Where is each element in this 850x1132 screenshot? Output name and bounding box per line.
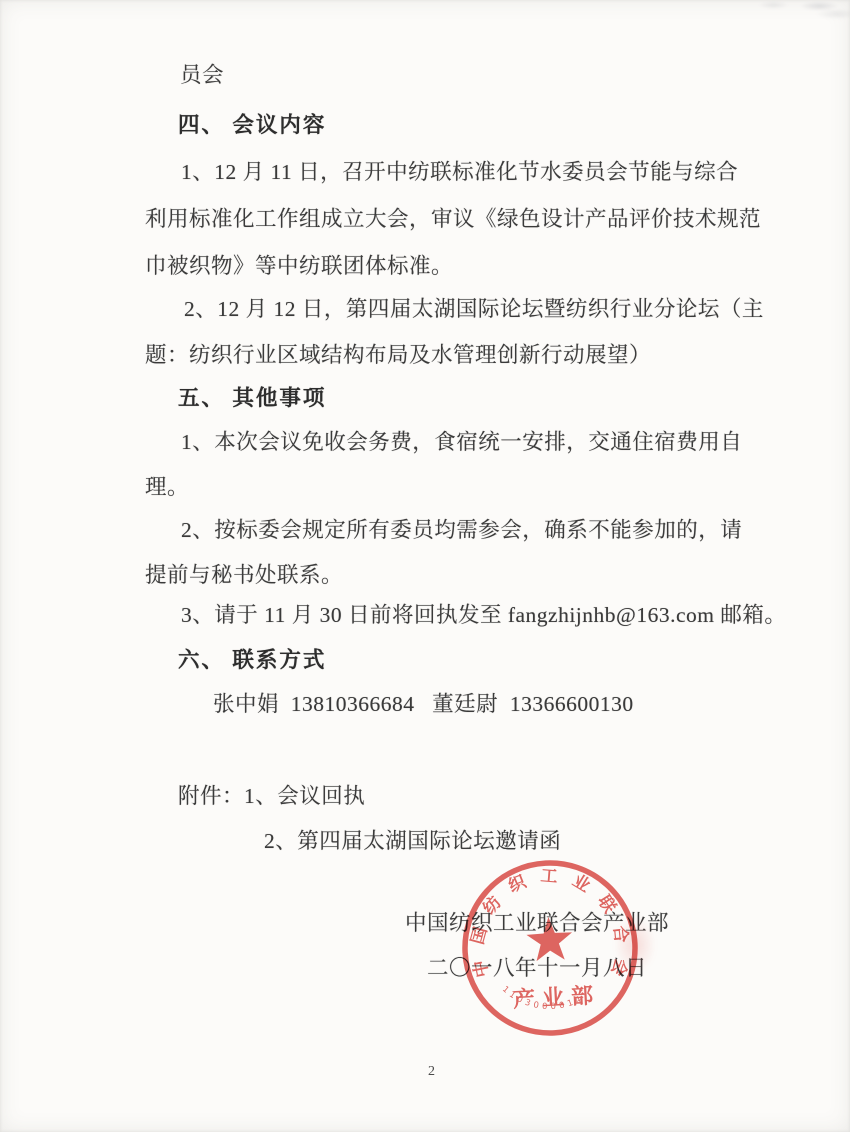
attachment-line-2: 2、第四届太湖国际论坛邀请函 bbox=[264, 826, 561, 856]
section5-heading: 五、 其他事项 bbox=[178, 383, 326, 413]
scanned-document-page: 员会 四、 会议内容 1、12 月 11 日，召开中纺联标准化节水委员会节能与综… bbox=[0, 0, 850, 1132]
carryover-text: 员会 bbox=[180, 60, 224, 90]
contact-names-phones: 张中娟 13810366684 董廷尉 13366600130 bbox=[213, 689, 634, 719]
section4-item1-line3: 巾被织物》等中纺联团体标准。 bbox=[145, 251, 453, 281]
section4-item2-line2: 题：纺织行业区域结构布局及水管理创新行动展望） bbox=[145, 340, 651, 370]
section4-item1-line1: 1、12 月 11 日，召开中纺联标准化节水委员会节能与综合 bbox=[181, 157, 738, 187]
section5-item2-line1: 2、按标委会规定所有委员均需参会，确系不能参加的，请 bbox=[181, 515, 742, 545]
attachment-line-1: 附件：1、会议回执 bbox=[178, 781, 365, 811]
section5-item3-line1: 3、请于 11 月 30 日前将回执发至 fangzhijnhb@163.com… bbox=[181, 600, 786, 630]
section5-item1-line2: 理。 bbox=[145, 472, 189, 502]
section4-item1-line2: 利用标准化工作组成立大会，审议《绿色设计产品评价技术规范 bbox=[145, 204, 761, 234]
scan-artifact-smudge bbox=[680, 0, 850, 50]
section4-heading: 四、 会议内容 bbox=[178, 110, 326, 140]
seal-star-icon bbox=[526, 916, 574, 962]
page-number: 2 bbox=[428, 1064, 435, 1080]
section5-item2-line2: 提前与秘书处联系。 bbox=[145, 560, 343, 590]
section4-item2-line1: 2、12 月 12 日，第四届太湖国际论坛暨纺织行业分论坛（主 bbox=[184, 294, 764, 324]
section5-item1-line1: 1、本次会议免收会务费，食宿统一安排，交通住宿费用自 bbox=[181, 427, 742, 457]
official-seal-stamp: 中国纺织工业联合会 产业部 1103000014 bbox=[450, 848, 650, 1048]
section6-heading: 六、 联系方式 bbox=[178, 645, 326, 675]
